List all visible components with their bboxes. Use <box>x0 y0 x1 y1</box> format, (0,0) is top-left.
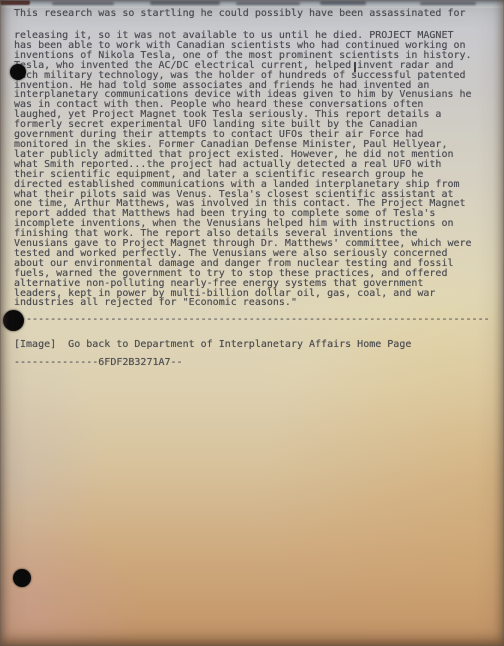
hole-punch-top <box>10 64 26 80</box>
document-home-page-link-line: [Image] Go back to Department of Interpl… <box>14 340 411 350</box>
scanned-document-photo: This research was so startling he could … <box>0 0 504 646</box>
top-edge-smudge <box>150 1 220 5</box>
top-edge-smudge <box>52 2 114 5</box>
document-mime-boundary-line: --------------6FDF2B3271A7-- <box>14 358 183 368</box>
document-intro-line: This research was so startling he could … <box>14 9 466 19</box>
typewriter-artifact-mark <box>354 62 356 72</box>
hole-punch-middle <box>3 310 24 331</box>
top-edge-smudge <box>420 2 476 5</box>
top-edge-smudge <box>320 1 366 5</box>
top-edge-smudge <box>0 0 30 5</box>
photo-top-edge <box>0 0 504 8</box>
document-divider-line: ----------------------------------------… <box>14 315 490 325</box>
hole-punch-bottom <box>13 569 31 587</box>
top-edge-smudge <box>236 2 300 5</box>
document-body-text: releasing it, so it was not available to… <box>14 31 472 308</box>
